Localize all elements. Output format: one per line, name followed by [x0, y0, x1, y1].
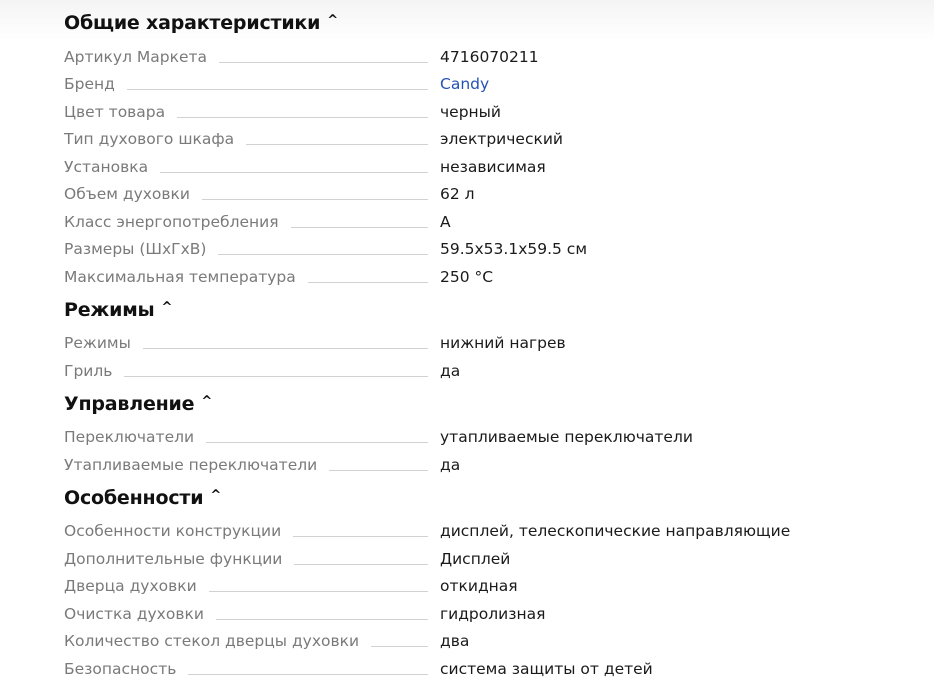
- spec-row: Безопасностьсистема защиты от детей: [64, 653, 934, 681]
- spec-row: Дверца духовкиоткидная: [64, 571, 934, 599]
- leader-line: [124, 376, 428, 377]
- leader-line: [246, 144, 428, 145]
- spec-value: да: [440, 455, 460, 477]
- spec-label: Гриль: [64, 361, 112, 383]
- spec-label: Особенности конструкции: [64, 521, 281, 543]
- spec-row: Переключателиутапливаемые переключатели: [64, 422, 934, 450]
- leader-line: [177, 117, 428, 118]
- spec-list: Артикул Маркета4716070211 БрендCandy Цве…: [64, 41, 934, 289]
- chevron-up-icon[interactable]: ^: [201, 387, 212, 417]
- spec-row: Установканезависимая: [64, 151, 934, 179]
- leader-line: [329, 470, 428, 471]
- section-header-controls[interactable]: Управление ^: [64, 389, 934, 419]
- section-header-modes[interactable]: Режимы ^: [64, 295, 934, 325]
- spec-row: Режимынижний нагрев: [64, 328, 934, 356]
- spec-row: Максимальная температура250 °C: [64, 261, 934, 289]
- section-header-general[interactable]: Общие характеристики ^: [64, 8, 934, 38]
- section-features: Особенности ^ Особенности конструкциидис…: [64, 483, 934, 681]
- leader-line: [216, 619, 428, 620]
- spec-label: Дверца духовки: [64, 576, 197, 598]
- spec-value: система защиты от детей: [440, 659, 653, 681]
- spec-row: Утапливаемые переключателида: [64, 449, 934, 477]
- spec-value: 59.5x53.1x59.5 см: [440, 239, 587, 261]
- spec-row: Грильда: [64, 355, 934, 383]
- spec-value: 62 л: [440, 184, 475, 206]
- section-title: Режимы: [64, 295, 155, 325]
- spec-label: Тип духового шкафа: [64, 129, 234, 151]
- spec-label: Безопасность: [64, 659, 176, 681]
- leader-line: [291, 227, 428, 228]
- leader-line: [219, 62, 428, 63]
- section-title: Общие характеристики: [64, 8, 320, 38]
- spec-list: Режимынижний нагрев Грильда: [64, 328, 934, 383]
- spec-row: Объем духовки62 л: [64, 179, 934, 207]
- spec-row: Очистка духовкигидролизная: [64, 598, 934, 626]
- leader-line: [143, 348, 428, 349]
- spec-value: электрический: [440, 129, 563, 151]
- leader-line: [371, 646, 428, 647]
- specifications-panel: Общие характеристики ^ Артикул Маркета47…: [64, 8, 934, 681]
- spec-value: нижний нагрев: [440, 333, 566, 355]
- spec-value: откидная: [440, 576, 518, 598]
- leader-line: [188, 674, 428, 675]
- spec-label: Класс энергопотребления: [64, 212, 279, 234]
- spec-value: 250 °C: [440, 267, 493, 289]
- spec-label: Очистка духовки: [64, 604, 204, 626]
- spec-label: Цвет товара: [64, 102, 165, 124]
- spec-value: дисплей, телескопические направляющие: [440, 521, 790, 543]
- spec-label: Утапливаемые переключатели: [64, 455, 317, 477]
- spec-row: Размеры (ШхГхВ)59.5x53.1x59.5 см: [64, 234, 934, 262]
- chevron-up-icon[interactable]: ^: [210, 481, 221, 511]
- spec-list: Особенности конструкциидисплей, телескоп…: [64, 516, 934, 681]
- spec-row: Особенности конструкциидисплей, телескоп…: [64, 516, 934, 544]
- section-title: Управление: [64, 389, 194, 419]
- spec-value: A: [440, 212, 451, 234]
- section-header-features[interactable]: Особенности ^: [64, 483, 934, 513]
- spec-value: Дисплей: [440, 549, 510, 571]
- spec-label: Установка: [64, 157, 148, 179]
- spec-row: Класс энергопотребленияA: [64, 206, 934, 234]
- leader-line: [160, 172, 428, 173]
- spec-value: утапливаемые переключатели: [440, 427, 693, 449]
- spec-label: Дополнительные функции: [64, 549, 282, 571]
- section-general: Общие характеристики ^ Артикул Маркета47…: [64, 8, 934, 289]
- section-modes: Режимы ^ Режимынижний нагрев Грильда: [64, 295, 934, 383]
- leader-line: [209, 591, 428, 592]
- spec-label: Объем духовки: [64, 184, 190, 206]
- spec-value: черный: [440, 102, 501, 124]
- spec-row: Артикул Маркета4716070211: [64, 41, 934, 69]
- spec-value: 4716070211: [440, 47, 539, 69]
- leader-line: [218, 254, 428, 255]
- leader-line: [294, 564, 428, 565]
- spec-label: Переключатели: [64, 427, 194, 449]
- leader-line: [202, 199, 428, 200]
- brand-link[interactable]: Candy: [440, 74, 489, 96]
- spec-label: Количество стекол дверцы духовки: [64, 631, 359, 653]
- spec-label: Размеры (ШхГхВ): [64, 239, 206, 261]
- spec-value: гидролизная: [440, 604, 545, 626]
- spec-row: Тип духового шкафаэлектрический: [64, 124, 934, 152]
- leader-line: [127, 89, 428, 90]
- leader-line: [308, 282, 428, 283]
- spec-value: два: [440, 631, 469, 653]
- spec-row: Количество стекол дверцы духовкидва: [64, 626, 934, 654]
- spec-label: Режимы: [64, 333, 131, 355]
- spec-label: Максимальная температура: [64, 267, 296, 289]
- spec-row: Цвет товарачерный: [64, 96, 934, 124]
- section-title: Особенности: [64, 483, 203, 513]
- spec-row: БрендCandy: [64, 69, 934, 97]
- leader-line: [293, 536, 428, 537]
- spec-value: независимая: [440, 157, 546, 179]
- spec-row: Дополнительные функцииДисплей: [64, 543, 934, 571]
- chevron-up-icon[interactable]: ^: [327, 6, 338, 36]
- chevron-up-icon[interactable]: ^: [162, 293, 173, 323]
- spec-list: Переключателиутапливаемые переключатели …: [64, 422, 934, 477]
- spec-label: Бренд: [64, 74, 115, 96]
- section-controls: Управление ^ Переключателиутапливаемые п…: [64, 389, 934, 477]
- spec-label: Артикул Маркета: [64, 47, 207, 69]
- spec-value: да: [440, 361, 460, 383]
- leader-line: [206, 442, 428, 443]
